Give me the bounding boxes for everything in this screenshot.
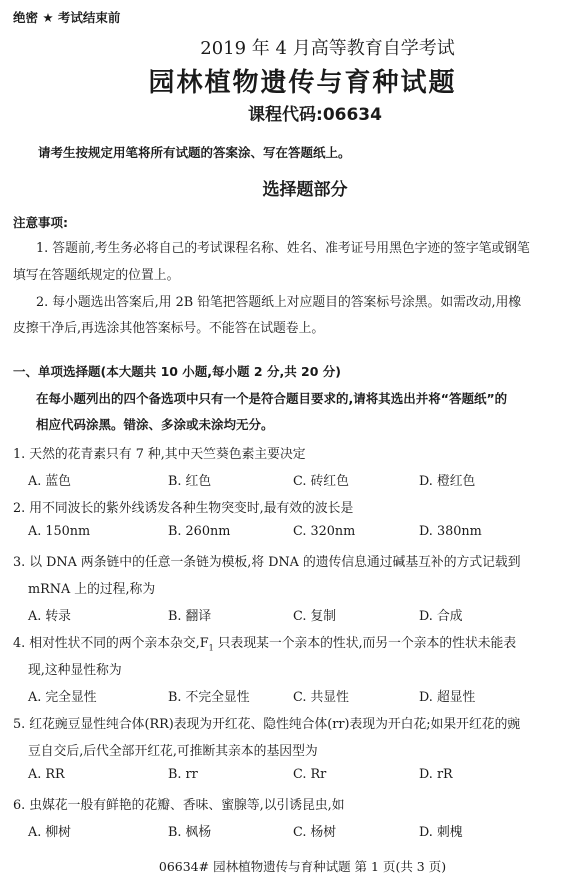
question-5-option-d[interactable]: D. rR <box>419 767 453 782</box>
section-heading: 选择题部分 <box>0 175 585 200</box>
question-1-option-c[interactable]: C. 砖红色 <box>293 470 349 489</box>
question-4-option-b[interactable]: B. 不完全显性 <box>168 686 250 705</box>
note-1-line2: 填写在答题纸规定的位置上。 <box>13 264 179 283</box>
question-5-stem-line2: 豆自交后,后代全部开红花,可推断其亲本的基因型为 <box>28 740 318 759</box>
question-6-option-a[interactable]: A. 柳树 <box>28 821 71 840</box>
question-5-option-c[interactable]: C. Rr <box>293 767 326 782</box>
question-3-option-d[interactable]: D. 合成 <box>419 605 463 624</box>
question-2-option-c[interactable]: C. 320nm <box>293 524 355 539</box>
question-6-option-c[interactable]: C. 杨树 <box>293 821 336 840</box>
question-3-option-b[interactable]: B. 翻译 <box>168 605 211 624</box>
exam-session: 2019 年 4 月高等教育自学考试 <box>0 34 585 60</box>
answer-instruction: 请考生按规定用笔将所有试题的答案涂、写在答题纸上。 <box>38 143 351 161</box>
part1-desc-line2: 相应代码涂黑。错涂、多涂或未涂均无分。 <box>36 415 274 433</box>
course-code: 课程代码:06634 <box>0 100 585 125</box>
note-2-line2: 皮擦干净后,再选涂其他答案标号。不能答在试题卷上。 <box>13 317 324 336</box>
part1-desc-line1: 在每小题列出的四个备选项中只有一个是符合题目要求的,请将其选出并将“答题纸”的 <box>36 389 507 407</box>
question-4-option-c[interactable]: C. 共显性 <box>293 686 349 705</box>
question-1-option-b[interactable]: B. 红色 <box>168 470 211 489</box>
question-4-option-a[interactable]: A. 完全显性 <box>28 686 97 705</box>
question-4-stem-line2: 现,这种显性称为 <box>28 659 122 678</box>
question-1-stem: 1. 天然的花青素只有 7 种,其中天竺葵色素主要决定 <box>13 443 306 462</box>
question-2-option-a[interactable]: A. 150nm <box>28 524 90 539</box>
question-1-option-a[interactable]: A. 蓝色 <box>28 470 71 489</box>
question-6-stem: 6. 虫媒花一般有鲜艳的花瓣、香味、蜜腺等,以引诱昆虫,如 <box>13 794 345 813</box>
part1-heading: 一、单项选择题(本大题共 10 小题,每小题 2 分,共 20 分) <box>13 362 341 380</box>
question-5-option-a[interactable]: A. RR <box>28 767 65 782</box>
note-2-line1: 2. 每小题选出答案后,用 2B 铅笔把答题纸上对应题目的答案标号涂黑。如需改动… <box>36 291 521 310</box>
question-2-option-d[interactable]: D. 380nm <box>419 524 482 539</box>
page-title: 园林植物遗传与育种试题 <box>0 62 585 99</box>
question-6-option-b[interactable]: B. 枫杨 <box>168 821 211 840</box>
question-4-stem-pre: 4. 相对性状不同的两个亲本杂交,F <box>13 636 209 651</box>
question-4-option-d[interactable]: D. 超显性 <box>419 686 475 705</box>
question-5-stem-line1: 5. 红花豌豆显性纯合体(RR)表现为开红花、隐性纯合体(rr)表现为开白花;如… <box>13 713 520 732</box>
question-3-stem-line2: mRNA 上的过程,称为 <box>28 578 155 597</box>
question-3-stem-line1: 3. 以 DNA 两条链中的任意一条链为模板,将 DNA 的遗传信息通过碱基互补… <box>13 551 521 570</box>
page-footer: 06634# 园林植物遗传与育种试题 第 1 页(共 3 页) <box>0 857 585 875</box>
question-6-option-d[interactable]: D. 刺槐 <box>419 821 463 840</box>
question-4-stem-line1: 4. 相对性状不同的两个亲本杂交,F1 只表现某一个亲本的性状,而另一个亲本的性… <box>13 632 516 653</box>
question-2-option-b[interactable]: B. 260nm <box>168 524 230 539</box>
notes-title: 注意事项: <box>13 213 68 231</box>
question-3-option-c[interactable]: C. 复制 <box>293 605 336 624</box>
question-5-option-b[interactable]: B. rr <box>168 767 198 782</box>
question-4-stem-post: 只表现某一个亲本的性状,而另一个亲本的性状未能表 <box>214 636 516 651</box>
question-2-stem: 2. 用不同波长的紫外线诱发各种生物突变时,最有效的波长是 <box>13 497 353 516</box>
question-1-option-d[interactable]: D. 橙红色 <box>419 470 475 489</box>
question-3-option-a[interactable]: A. 转录 <box>28 605 71 624</box>
confidential-label: 绝密 ★ 考试结束前 <box>13 8 120 26</box>
note-1-line1: 1. 答题前,考生务必将自己的考试课程名称、姓名、准考证号用黑色字迹的签字笔或钢… <box>36 237 530 256</box>
